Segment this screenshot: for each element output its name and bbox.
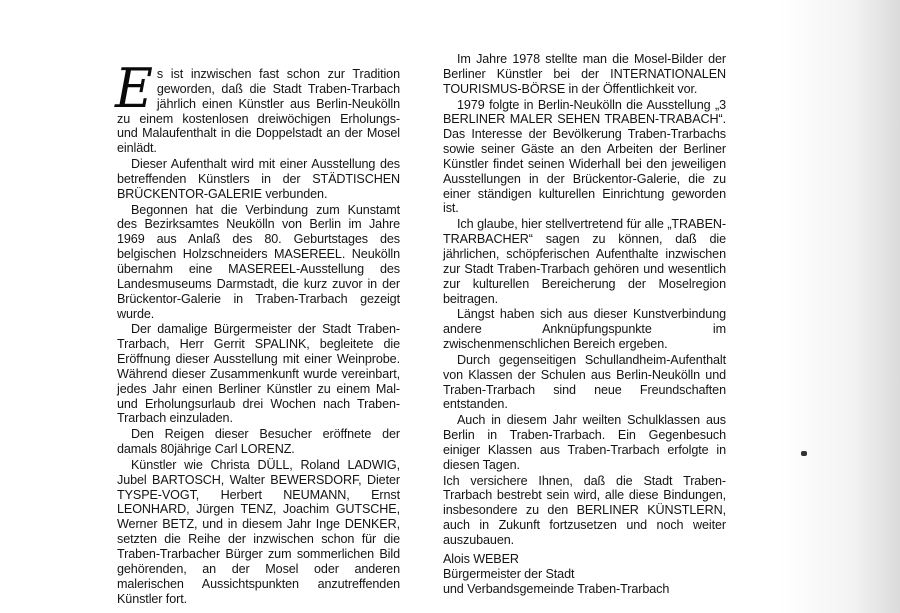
paragraph-tourism-fair: Im Jahre 1978 stellte man die Mosel-Bild… <box>443 52 726 97</box>
paragraph-cultural-enrichment: Ich glaube, hier stellvertretend für all… <box>443 217 726 306</box>
intro-paragraph-text: s ist inzwischen fast schon zur Traditio… <box>117 67 400 155</box>
paragraph-artists-list: Künstler wie Christa DÜLL, Roland LADWIG… <box>117 458 400 606</box>
paragraph-1979-exhibition: 1979 folgte in Berlin-Neukölln die Ausst… <box>443 98 726 217</box>
paragraph-exhibition: Dieser Aufenthalt wird mit einer Ausstel… <box>117 157 400 202</box>
paragraph-first-visitor: Den Reigen dieser Besucher eröffnete der… <box>117 427 400 457</box>
paragraph-beginnings: Begonnen hat die Verbindung zum Kunstamt… <box>117 203 400 322</box>
page-edge-shadow <box>780 0 900 613</box>
paragraph-school-visits: Auch in diesem Jahr weilten Schulklassen… <box>443 413 726 472</box>
left-text-column: Es ist inzwischen fast schon zur Traditi… <box>117 67 400 607</box>
drop-cap-letter: E <box>115 68 153 112</box>
signatory-title-line-1: Bürgermeister der Stadt <box>443 567 726 582</box>
paragraph-assurance: Ich versichere Ihnen, daß die Stadt Trab… <box>443 474 726 548</box>
intro-paragraph: Es ist inzwischen fast schon zur Traditi… <box>117 67 400 156</box>
scan-speck-mark <box>801 451 807 456</box>
paragraph-former-mayor: Der damalige Bürgermeister der Stadt Tra… <box>117 322 400 426</box>
paragraph-school-exchange: Durch gegenseitigen Schullandheim-Aufent… <box>443 353 726 412</box>
signatory-title-line-2: und Verbandsgemeinde Traben-Trarbach <box>443 582 726 597</box>
signatory-name: Alois WEBER <box>443 552 726 567</box>
paragraph-connections: Längst haben sich aus dieser Kunstverbin… <box>443 307 726 352</box>
right-text-column: Im Jahre 1978 stellte man die Mosel-Bild… <box>443 52 726 596</box>
signature-block: Alois WEBER Bürgermeister der Stadt und … <box>443 552 726 597</box>
